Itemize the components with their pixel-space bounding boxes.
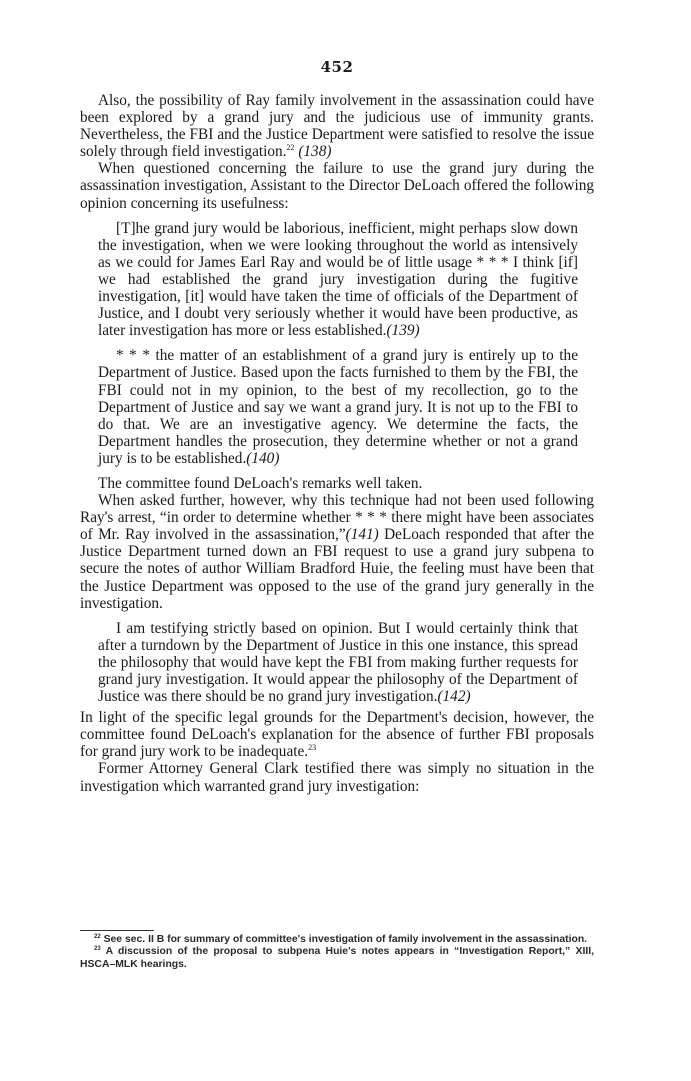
quote-text: I am testifying strictly based on opinio…: [98, 620, 578, 705]
paragraph-text: When questioned concerning the failure t…: [80, 160, 594, 211]
block-quote-deloach-3: I am testifying strictly based on opinio…: [98, 620, 578, 705]
paragraph-ray-family: Also, the possibility of Ray family invo…: [80, 92, 594, 160]
quote-text: * * * the matter of an establishment of …: [98, 347, 578, 467]
paragraph-clark: Former Attorney General Clark testified …: [80, 760, 594, 794]
citation: (139): [386, 322, 419, 339]
page-number: 452: [80, 58, 594, 76]
citation: (140): [246, 450, 279, 467]
citation: (141): [346, 526, 379, 543]
paragraph-in-light: In light of the specific legal grounds f…: [80, 709, 594, 760]
paragraph-asked-further: When asked further, however, why this te…: [80, 492, 594, 612]
paragraph-deloach-question: When questioned concerning the failure t…: [80, 160, 594, 211]
footnote-22: 22 See sec. II B for summary of committe…: [80, 934, 594, 946]
footnote-text: A discussion of the proposal to subpena …: [80, 946, 594, 969]
citation: (138): [298, 143, 331, 160]
footnote-number: 23: [94, 946, 101, 952]
block-quote-deloach-1: [T]he grand jury would be laborious, ine…: [98, 220, 578, 340]
paragraph-text: The committee found DeLoach's remarks we…: [98, 475, 422, 492]
footnote-divider: [80, 930, 154, 931]
paragraph-committee-found: The committee found DeLoach's remarks we…: [80, 475, 594, 492]
footnote-ref[interactable]: 23: [308, 743, 316, 752]
body-text: Also, the possibility of Ray family invo…: [80, 92, 594, 795]
footnote-23: 23 A discussion of the proposal to subpe…: [80, 946, 594, 971]
block-quote-deloach-2: * * * the matter of an establishment of …: [98, 347, 578, 467]
footnote-ref[interactable]: 22: [286, 143, 294, 152]
paragraph-text: Former Attorney General Clark testified …: [80, 760, 594, 794]
footnote-number: 22: [94, 934, 101, 940]
footnotes: 22 See sec. II B for summary of committe…: [80, 934, 594, 971]
quote-text: [T]he grand jury would be laborious, ine…: [98, 220, 578, 340]
paragraph-text: In light of the specific legal grounds f…: [80, 709, 594, 760]
footnote-text: See sec. II B for summary of committee's…: [104, 934, 587, 945]
paragraph-text: Also, the possibility of Ray family invo…: [80, 92, 594, 160]
citation: (142): [437, 688, 470, 705]
